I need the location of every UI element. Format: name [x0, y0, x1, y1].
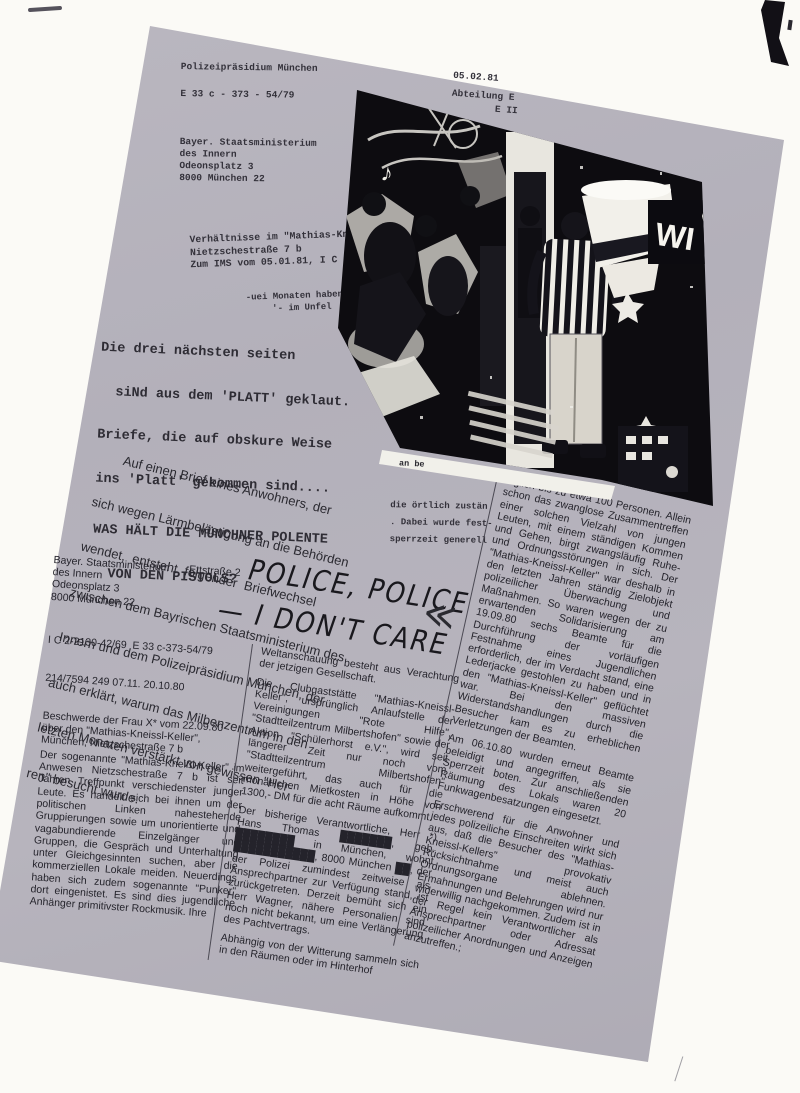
pen-mark-top-left [28, 6, 62, 12]
article-paragraph: Die Clubgaststätte "Mathias-Kneissl-Kell… [241, 676, 456, 826]
typewriter-fragment: -uei Monaten haben '- im Unfel [246, 288, 344, 315]
note-line: Die drei nächsten seiten [101, 342, 353, 367]
article-paragraph: Der sogenannte "Mathias-Kneißl-Keller" i… [29, 748, 245, 922]
reference-numbers: I C 2-2130-42/69 E 33 c-373-54/79 214/75… [43, 609, 255, 724]
scratch-mark-bottom-right [674, 1056, 696, 1085]
flame-mark [702, 190, 712, 226]
letterhead-block: Polizeipräsidium München E 33 c - 373 - … [179, 61, 318, 186]
typewriter-fragment-small: an be [399, 458, 425, 469]
reference-line: I C 2-2130-42/69 E 33 c-373-54/79 [48, 634, 253, 661]
jukebox [618, 426, 688, 492]
scanned-zine-page: Polizeipräsidium München E 33 c - 373 - … [0, 0, 800, 1093]
letterhead-file-number: E 33 c - 373 - 54/79 [180, 88, 317, 102]
reference-line: 214/7594 249 07.11. 20.10.80 [45, 671, 250, 698]
letterhead-city: 8000 München 22 [179, 172, 316, 186]
wall-sign: WI [648, 190, 712, 264]
letterhead-sender: Polizeipräsidium München [181, 61, 318, 75]
club-photo: ♪ [330, 76, 728, 534]
note-line: siNd aus dem 'PLATT' geklaut. [99, 385, 351, 410]
sign-text: WI [653, 216, 697, 258]
scan-streak-top-right [755, 0, 795, 75]
